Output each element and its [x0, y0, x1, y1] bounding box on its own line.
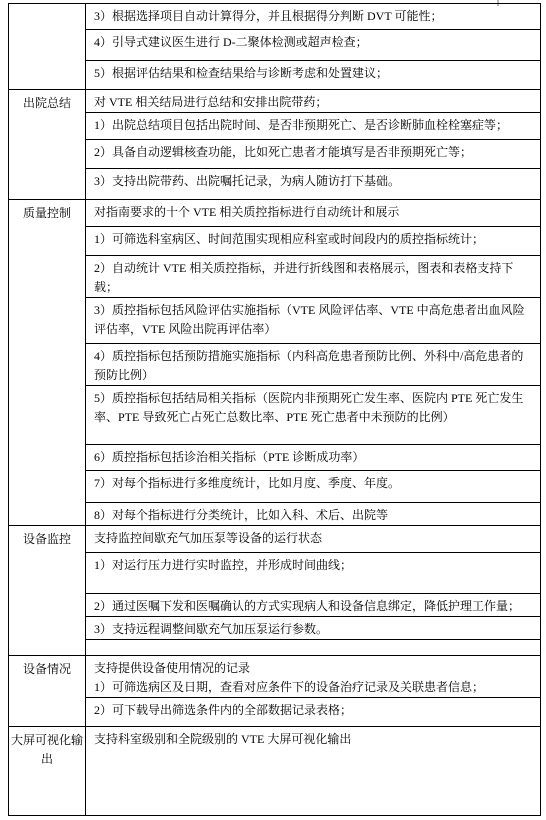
feature-cell: 5）质控指标包括结局相关指标（医院内非预期死亡发生率、医院内 PTE 死亡发生率…: [86, 386, 541, 445]
table-row: 大屏可视化输出 支持科室级别和全院级别的 VTE 大屏可视化输出: [9, 727, 541, 816]
table-row: 3）质控指标包括风险评估实施指标（VTE 风险评估率、VTE 中高危患者出血风险…: [9, 298, 541, 344]
feature-cell: 支持科室级别和全院级别的 VTE 大屏可视化输出: [86, 727, 541, 816]
table-row: 质量控制 对指南要求的十个 VTE 相关质控指标进行自动统计和展示: [9, 200, 541, 227]
feature-cell: 1）对运行压力进行实时监控，并形成时间曲线；: [86, 553, 541, 594]
table-row: 1）出院总结项目包括出院时间、是否非预期死亡、是否诊断肺血栓栓塞症等；: [9, 113, 541, 140]
feature-cell: 2）通过医嘱下发和医嘱确认的方式实现病人和设备信息绑定，降低护理工作量；: [86, 594, 541, 617]
table-row: 设备情况 支持提供设备使用情况的记录 1）可筛选病区及日期，查看对应条件下的设备…: [9, 656, 541, 698]
table-row: 2）自动统计 VTE 相关质控指标，并进行折线图和表格展示，图表和表格支持下载；: [9, 256, 541, 298]
feature-cell: 3）根据选择项目自动计算得分，并且根据得分判断 DVT 可能性；: [86, 4, 541, 30]
feature-cell: 2）可下载导出筛选条件内的全部数据记录表格；: [86, 698, 541, 727]
feature-cell: 3）支持远程调整间歇充气加压泵运行参数。: [86, 617, 541, 640]
section-label-cell: 大屏可视化输出: [9, 727, 86, 816]
feature-cell: 5）根据评估结果和检查结果给与诊断考虑和处置建议；: [86, 61, 541, 90]
table-row: 3）支持出院带药、出院嘱托记录，为病人随访打下基础。: [9, 169, 541, 200]
section-label-cell: 质量控制: [9, 200, 86, 526]
feature-text-line2: 1）可筛选病区及日期，查看对应条件下的设备治疗记录及关联患者信息；: [94, 678, 532, 697]
feature-cell: 8）对每个指标进行分类统计，比如入科、术后、出院等: [86, 503, 541, 526]
feature-cell: 3）质控指标包括风险评估实施指标（VTE 风险评估率、VTE 中高危患者出血风险…: [86, 298, 541, 344]
section-label-cell: 设备情况: [9, 656, 86, 727]
table-row: 5）根据评估结果和检查结果给与诊断考虑和处置建议；: [9, 61, 541, 90]
section-label: 设备监控: [23, 532, 71, 546]
document-page: 3）根据选择项目自动计算得分，并且根据得分判断 DVT 可能性； 4）引导式建议…: [0, 0, 546, 820]
table-row: 2）具备自动逻辑核查功能，比如死亡患者才能填写是否非预期死亡等；: [9, 140, 541, 169]
feature-cell: 支持提供设备使用情况的记录 1）可筛选病区及日期，查看对应条件下的设备治疗记录及…: [86, 656, 541, 698]
table-row: 6）质控指标包括诊治相关指标（PTE 诊断成功率）: [9, 445, 541, 471]
table-row: 设备监控 支持监控间歇充气加压泵等设备的运行状态: [9, 526, 541, 553]
feature-cell: 1）可筛选科室病区、时间范围实现相应科室或时间段内的质控指标统计；: [86, 227, 541, 256]
table-row: 4）质控指标包括预防措施实施指标（内科高危患者预防比例、外科中/高危患者的预防比…: [9, 344, 541, 386]
feature-cell: 2）自动统计 VTE 相关质控指标，并进行折线图和表格展示，图表和表格支持下载；: [86, 256, 541, 298]
table-row: 3）根据选择项目自动计算得分，并且根据得分判断 DVT 可能性；: [9, 4, 541, 30]
feature-cell: 7）对每个指标进行多维度统计，比如月度、季度、年度。: [86, 471, 541, 503]
feature-cell: 对 VTE 相关结局进行总结和安排出院带药；: [86, 90, 541, 113]
table-row: 2）可下载导出筛选条件内的全部数据记录表格；: [9, 698, 541, 727]
table-row: [9, 640, 541, 656]
feature-cell: 4）质控指标包括预防措施实施指标（内科高危患者预防比例、外科中/高危患者的预防比…: [86, 344, 541, 386]
feature-cell: 3）支持出院带药、出院嘱托记录，为病人随访打下基础。: [86, 169, 541, 200]
section-label-cell: [9, 4, 86, 90]
section-label: 设备情况: [23, 662, 71, 676]
table-row: 2）通过医嘱下发和医嘱确认的方式实现病人和设备信息绑定，降低护理工作量；: [9, 594, 541, 617]
feature-cell: 对指南要求的十个 VTE 相关质控指标进行自动统计和展示: [86, 200, 541, 227]
table-row: 出院总结 对 VTE 相关结局进行总结和安排出院带药；: [9, 90, 541, 113]
section-label-cell: 出院总结: [9, 90, 86, 200]
table-row: 4）引导式建议医生进行 D-二聚体检测或超声检查；: [9, 30, 541, 61]
feature-cell: 1）出院总结项目包括出院时间、是否非预期死亡、是否诊断肺血栓栓塞症等；: [86, 113, 541, 140]
section-label-cell: 设备监控: [9, 526, 86, 656]
table-row: 8）对每个指标进行分类统计，比如入科、术后、出院等: [9, 503, 541, 526]
feature-text-line1: 支持提供设备使用情况的记录: [94, 659, 532, 678]
table-row: 5）质控指标包括结局相关指标（医院内非预期死亡发生率、医院内 PTE 死亡发生率…: [9, 386, 541, 445]
feature-cell: 6）质控指标包括诊治相关指标（PTE 诊断成功率）: [86, 445, 541, 471]
table-row: 7）对每个指标进行多维度统计，比如月度、季度、年度。: [9, 471, 541, 503]
table-row: 3）支持远程调整间歇充气加压泵运行参数。: [9, 617, 541, 640]
table-row: 1）可筛选科室病区、时间范围实现相应科室或时间段内的质控指标统计；: [9, 227, 541, 256]
feature-cell: 4）引导式建议医生进行 D-二聚体检测或超声检查；: [86, 30, 541, 61]
table-row: 1）对运行压力进行实时监控，并形成时间曲线；: [9, 553, 541, 594]
requirements-table: 3）根据选择项目自动计算得分，并且根据得分判断 DVT 可能性； 4）引导式建议…: [8, 3, 541, 816]
feature-cell: 支持监控间歇充气加压泵等设备的运行状态: [86, 526, 541, 553]
feature-cell-empty: [86, 640, 541, 656]
section-label: 大屏可视化输出: [11, 733, 83, 766]
section-label: 质量控制: [23, 206, 71, 220]
feature-cell: 2）具备自动逻辑核查功能，比如死亡患者才能填写是否非预期死亡等；: [86, 140, 541, 169]
section-label: 出院总结: [23, 96, 71, 110]
